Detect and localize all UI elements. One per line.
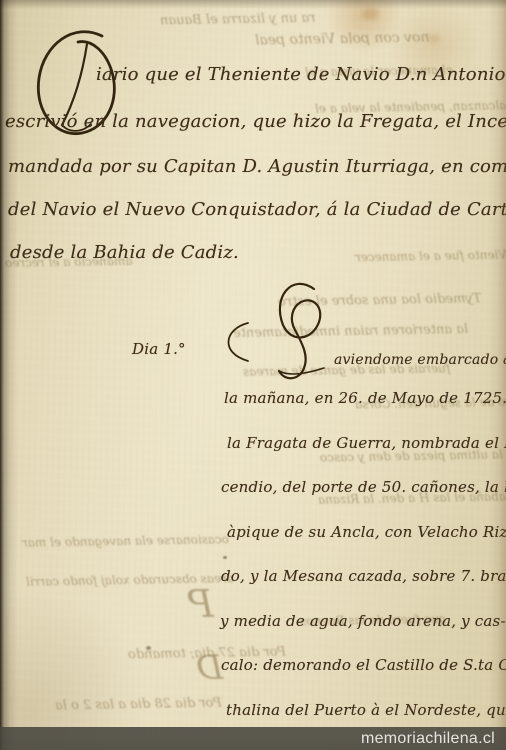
paper-stain [428, 34, 440, 43]
body-line: aviendome embarcado á las 7 de [334, 352, 506, 368]
drop-cap-h-flourish [196, 271, 346, 385]
body-line: cendio, del porte de 50. cañones, la hal… [221, 478, 506, 496]
ink-speck [146, 646, 151, 650]
body-line: thalina del Puerto à el Nordeste, quar [226, 701, 506, 719]
body-line: la mañana, en 26. de Mayo de 1725. en [224, 389, 506, 407]
title-line: desde la Bahia de Cadiz. [10, 242, 239, 263]
body-line: calo: demorando el Castillo de S.ta Ca- [221, 656, 506, 674]
bleedthrough-text: ocasionarse ela navegando el mar [22, 532, 229, 550]
paper-stain [363, 8, 379, 20]
title-line: del Navio el Nuevo Conquistador, á la Ci… [8, 199, 506, 220]
bleedthrough-text: nov con pola Viento peal [255, 29, 430, 48]
body-line: àpique de su Ancla, con Velacho Rizé- [227, 523, 506, 541]
bleedthrough-text: Por dia 28 dia a las 2 o la [55, 696, 222, 714]
bleedthrough-capital: P [188, 582, 214, 626]
title-line: escrivió en la navegacion, que hizo la F… [5, 111, 506, 132]
title-line: iario que el Theniente de Navio D.n Anto… [96, 64, 506, 85]
body-line: la Fragata de Guerra, nombrada el In- [227, 434, 506, 452]
bleedthrough-text: areas obscurado xolaj fondo carril [26, 571, 234, 589]
title-line: mandada por su Capitan D. Agustin Iturri… [8, 156, 506, 177]
bleedthrough-text: Viento fue a el amanecer [355, 248, 506, 265]
bleedthrough-capital: D [196, 648, 224, 688]
margin-day-note: Dia 1.° [132, 340, 186, 358]
ink-speck [223, 556, 227, 559]
watermark-text: memoriachilena.cl [361, 730, 506, 748]
watermark-bar: memoriachilena.cl [0, 727, 506, 750]
bleedthrough-text: ra un y lizarra el Bauan [160, 11, 316, 29]
body-line: do, y la Mesana cazada, sobre 7. brazas [221, 567, 506, 585]
manuscript-scan-page: ra un y lizarra el Bauan nov con pola Vi… [0, 0, 506, 750]
body-line: y media de agua, fondo arena, y cas- [220, 612, 506, 630]
